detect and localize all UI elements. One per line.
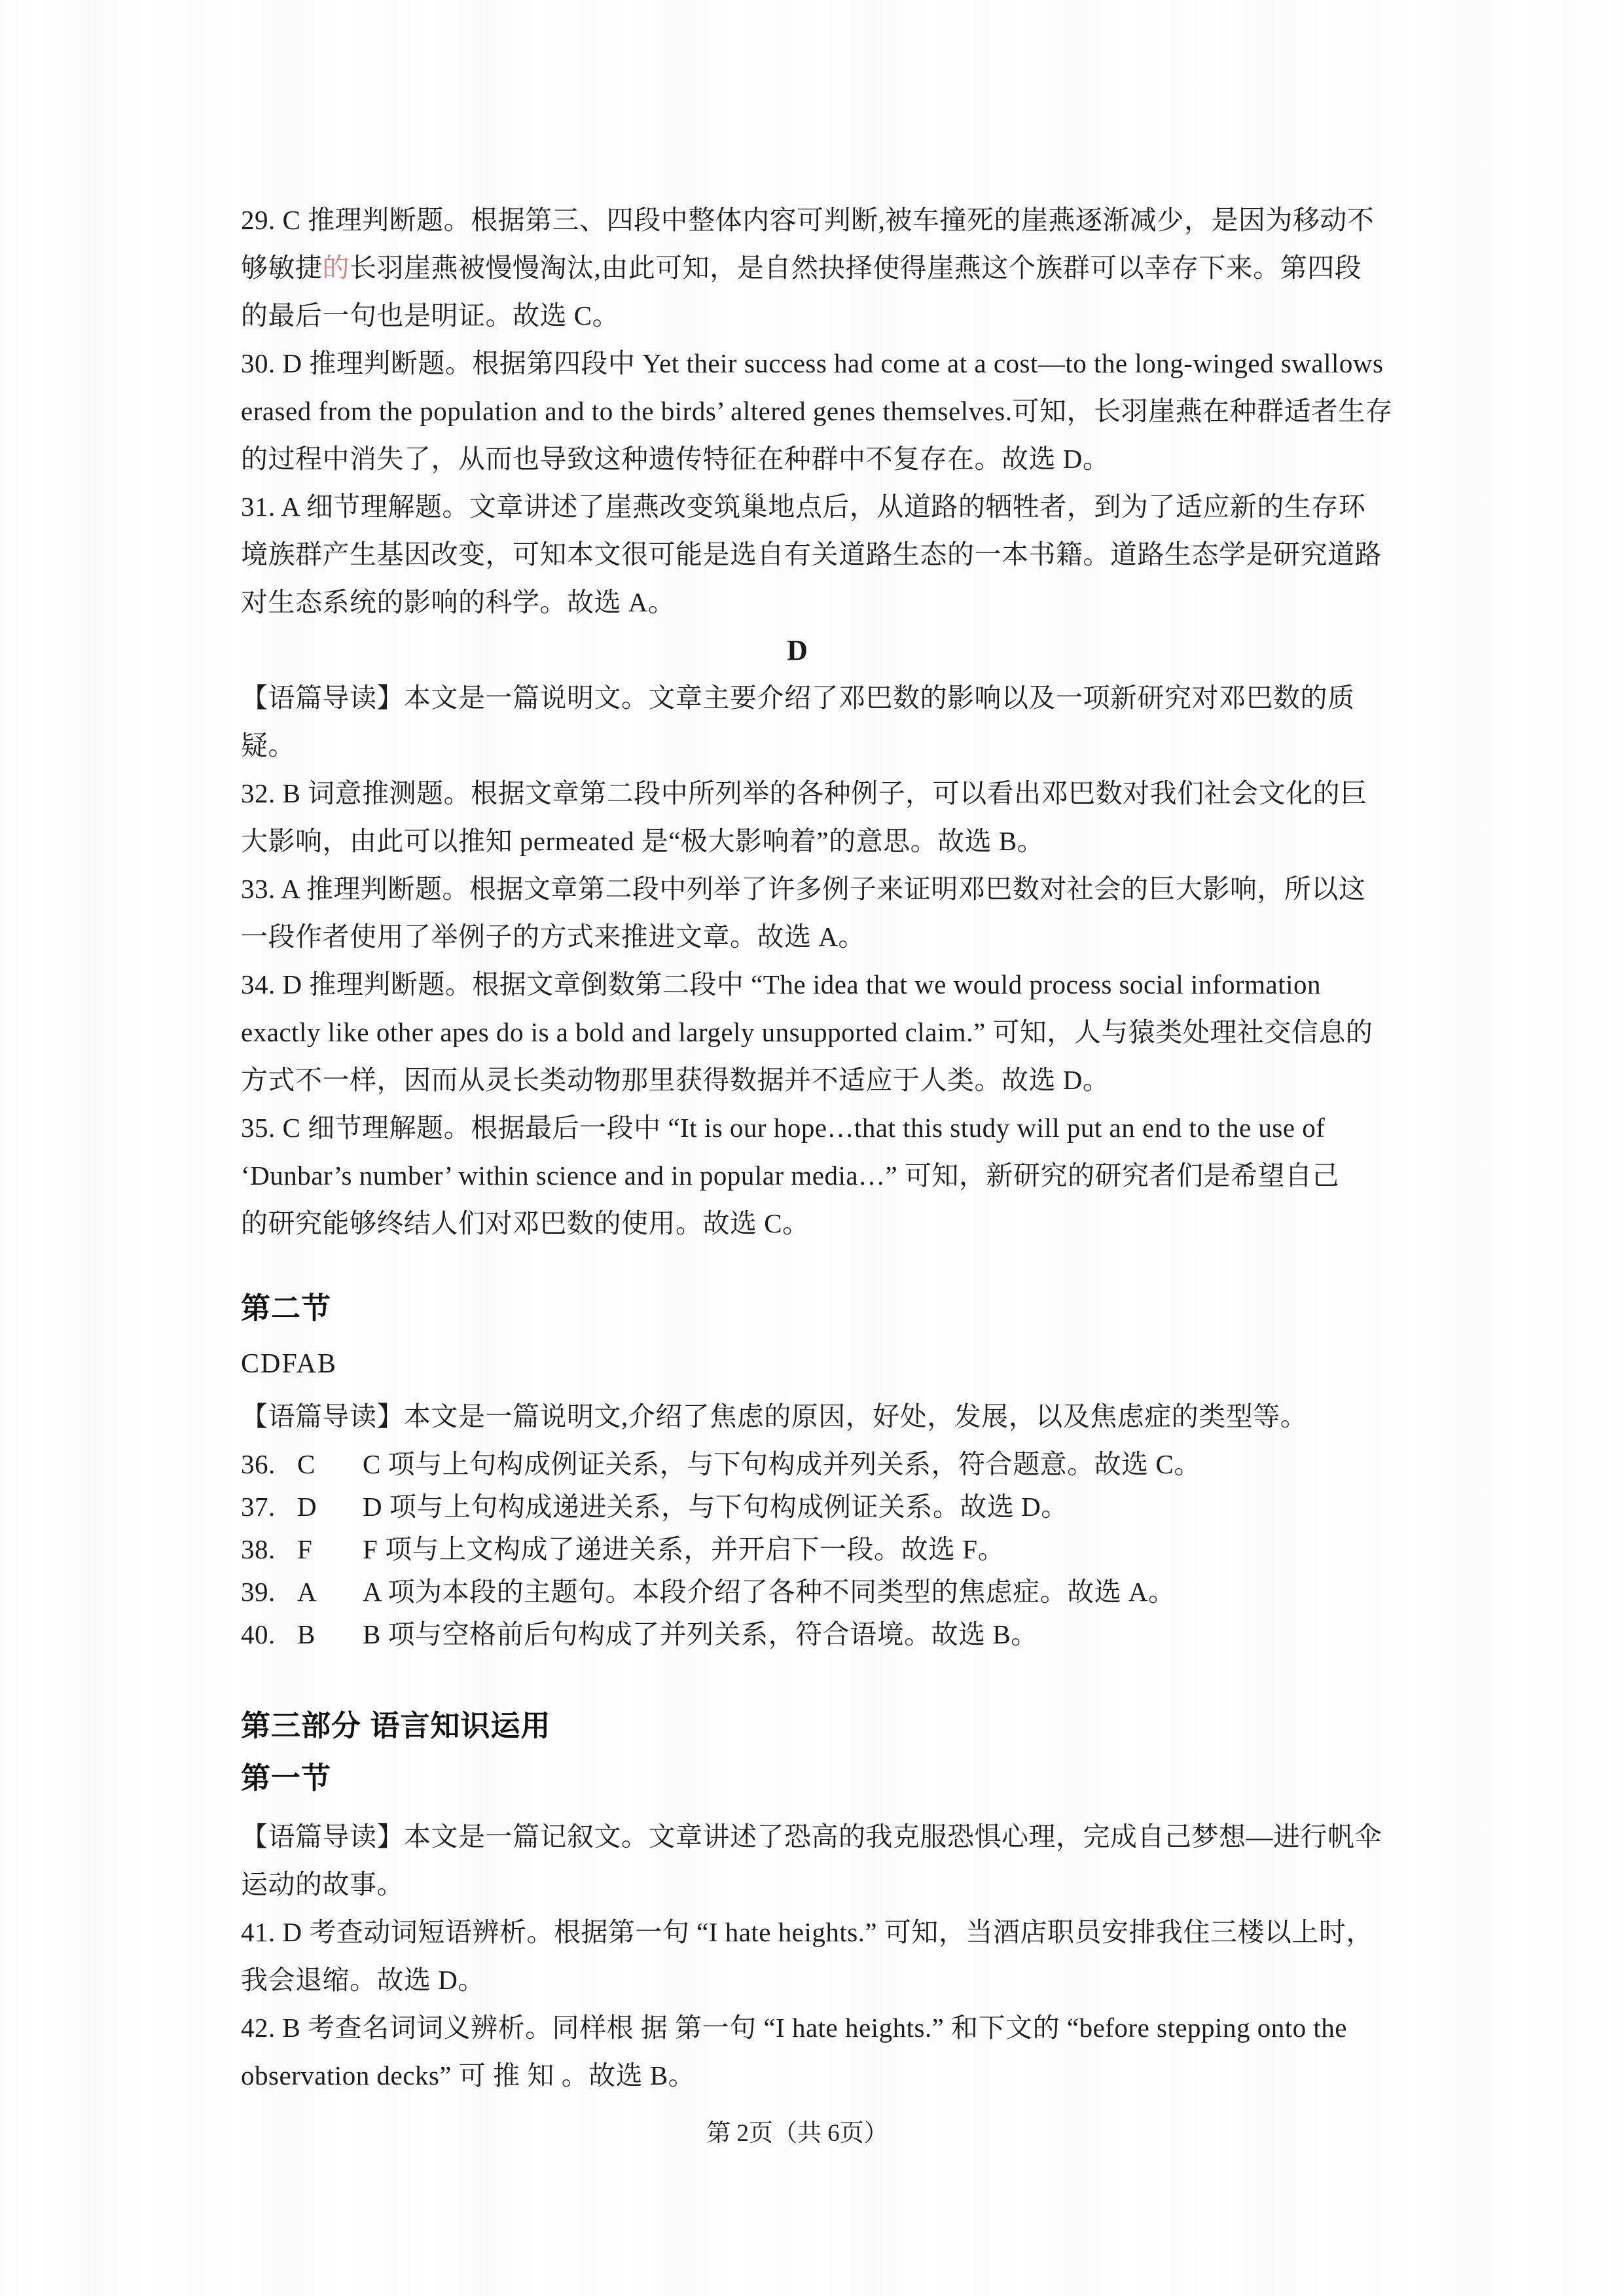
section2-intro: 【语篇导读】本文是一篇说明文,介绍了焦虑的原因，好处，发展，以及焦虑症的类型等。: [241, 1393, 1398, 1441]
item-37: 37.DD 项与上句构成递进关系，与下句构成例证关系。故选 D。: [241, 1486, 1401, 1528]
item-36-number: 36.: [241, 1443, 297, 1486]
item-37-answer: D: [297, 1486, 363, 1528]
item-39-number: 39.: [241, 1571, 297, 1613]
item-38-explanation: F 项与上文构成了递进关系，并开启下一段。故选 F。: [363, 1534, 1005, 1564]
item-37-explanation: D 项与上句构成递进关系，与下句构成例证关系。故选 D。: [363, 1492, 1068, 1522]
item-39: 39.AA 项为本段的主题句。本段介绍了各种不同类型的焦虑症。故选 A。: [241, 1571, 1401, 1613]
q32-paragraph: 32. B 词意推测题。根据文章第二段中所列举的各种例子，可以看出邓巴数对我们社…: [241, 770, 1398, 865]
cloze-items: 36.CC 项与上句构成例证关系，与下句构成并列关系，符合题意。故选 C。 37…: [241, 1443, 1401, 1656]
part3-heading: 第三部分 语言知识运用: [241, 1699, 1401, 1753]
passage-d-intro: 【语篇导读】本文是一篇说明文。文章主要介绍了邓巴数的影响以及一项新研究对邓巴数的…: [241, 674, 1398, 770]
q42-paragraph: 42. B 考查名词词义辨析。同样根 据 第一句 “I hate heights…: [241, 2004, 1398, 2100]
item-36: 36.CC 项与上句构成例证关系，与下句构成并列关系，符合题意。故选 C。: [241, 1443, 1401, 1486]
item-40-answer: B: [297, 1613, 363, 1656]
item-38-number: 38.: [241, 1528, 297, 1571]
q29-red-char: 的: [323, 253, 350, 283]
item-38: 38.FF 项与上文构成了递进关系，并开启下一段。故选 F。: [241, 1528, 1401, 1571]
q31-paragraph: 31. A 细节理解题。文章讲述了崖燕改变筑巢地点后，从道路的牺牲者，到为了适应…: [241, 483, 1398, 626]
item-40: 40.BB 项与空格前后句构成了并列关系，符合语境。故选 B。: [241, 1613, 1401, 1656]
item-37-number: 37.: [241, 1486, 297, 1528]
q29-text-after-red: 长羽崖燕被慢慢淘汰,由此可知，是自然抉择使得崖燕这个族群可以幸存下来。第四段 的…: [241, 253, 1362, 331]
part3-section1-heading: 第一节: [241, 1753, 1401, 1804]
item-38-answer: F: [297, 1528, 363, 1571]
item-39-explanation: A 项为本段的主题句。本段介绍了各种不同类型的焦虑症。故选 A。: [363, 1577, 1175, 1607]
item-39-answer: A: [297, 1571, 363, 1613]
item-40-number: 40.: [241, 1613, 297, 1656]
document-page: 29. C 推理判断题。根据第三、四段中整体内容可判断,被车撞死的崖燕逐渐减少，…: [0, 0, 1624, 2296]
passage-d-label: D: [241, 626, 1354, 674]
item-40-explanation: B 项与空格前后句构成了并列关系，符合语境。故选 B。: [363, 1619, 1038, 1649]
q34-paragraph: 34. D 推理判断题。根据文章倒数第二段中 “The idea that we…: [241, 961, 1398, 1104]
section2-heading: 第二节: [241, 1282, 1401, 1335]
section2-answer-key: CDFAB: [241, 1339, 1398, 1389]
item-36-explanation: C 项与上句构成例证关系，与下句构成并列关系，符合题意。故选 C。: [363, 1449, 1201, 1479]
q29-paragraph: 29. C 推理判断题。根据第三、四段中整体内容可判断,被车撞死的崖燕逐渐减少，…: [241, 196, 1398, 340]
part3-intro: 【语篇导读】本文是一篇记叙文。文章讲述了恐高的我克服恐惧心理，完成自己梦想—进行…: [241, 1813, 1398, 1909]
q41-paragraph: 41. D 考查动词短语辨析。根据第一句 “I hate heights.” 可…: [241, 1909, 1398, 2004]
q33-paragraph: 33. A 推理判断题。根据文章第二段中列举了许多例子来证明邓巴数对社会的巨大影…: [241, 865, 1398, 961]
page-number-footer: 第 2页（共 6页）: [241, 2114, 1354, 2153]
item-36-answer: C: [297, 1443, 363, 1486]
q35-paragraph: 35. C 细节理解题。根据最后一段中 “It is our hope…that…: [241, 1104, 1398, 1247]
q30-paragraph: 30. D 推理判断题。根据第四段中 Yet their success had…: [241, 340, 1398, 483]
